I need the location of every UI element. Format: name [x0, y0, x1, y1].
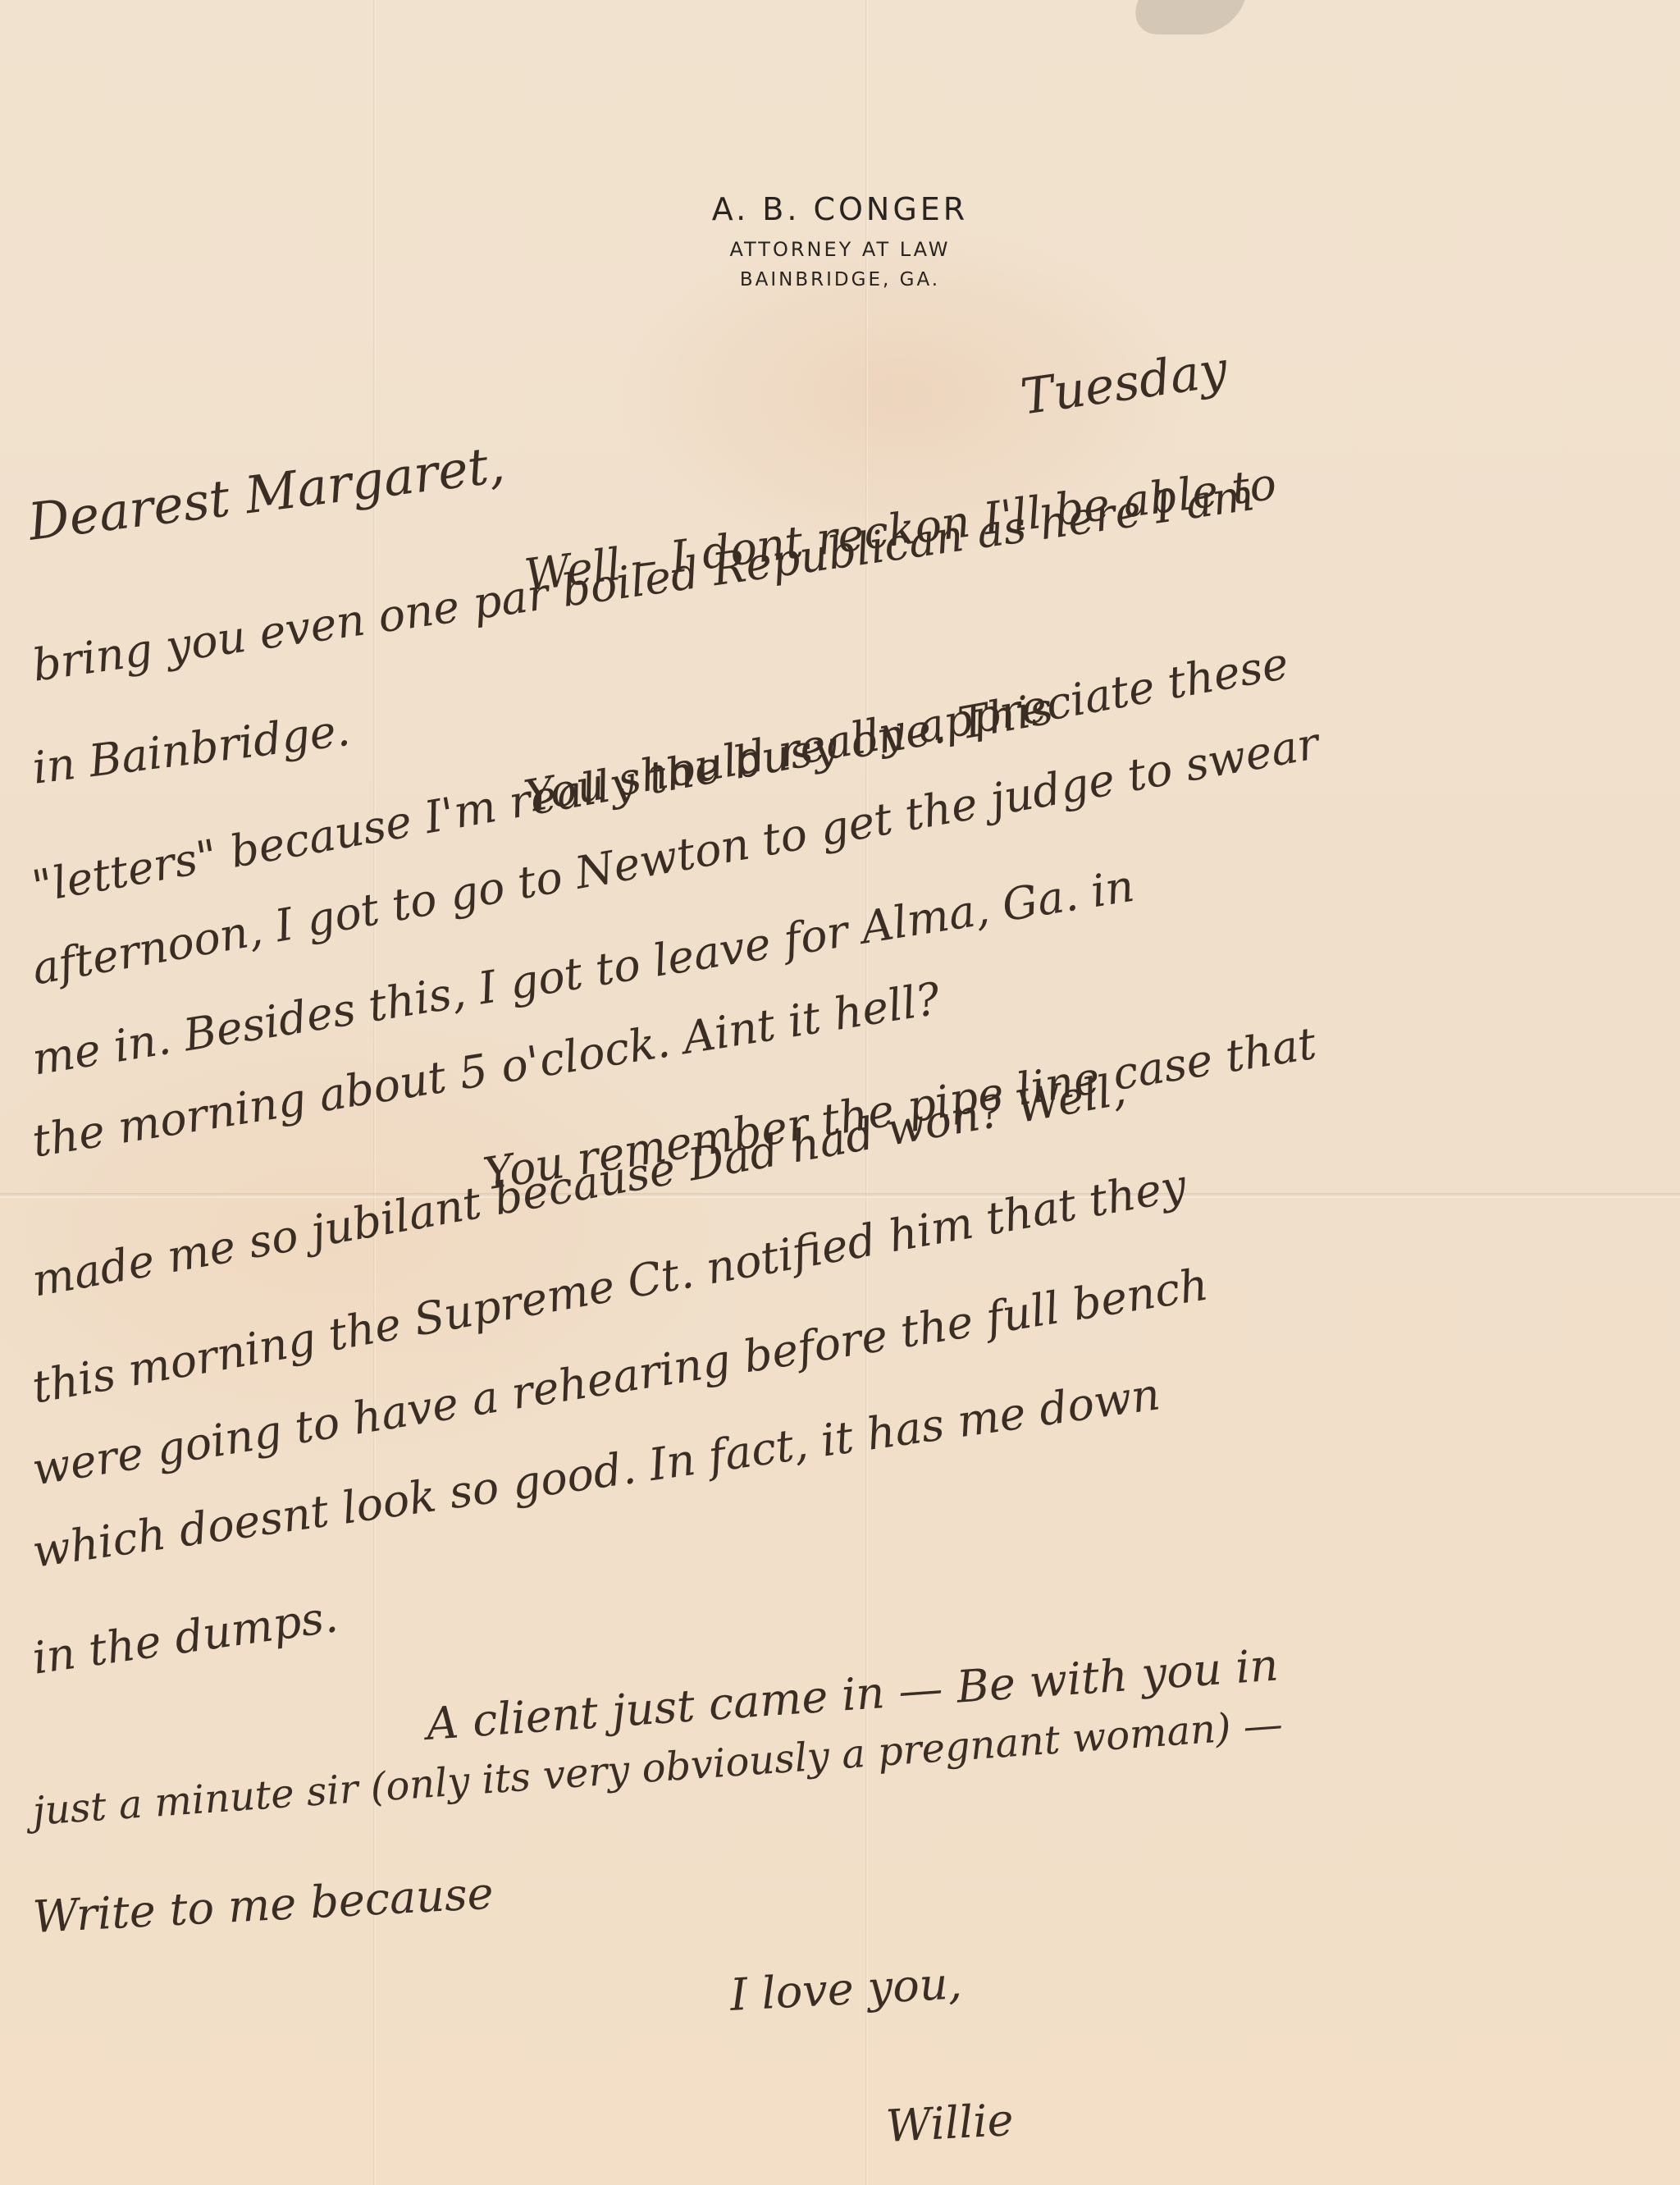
- letter-page: A. B. CONGER ATTORNEY AT LAW BAINBRIDGE,…: [0, 0, 1680, 2185]
- body-line-17: Write to me because: [31, 1867, 495, 1943]
- fold-crease-horizontal: [0, 1193, 1680, 1198]
- letterhead-name: A. B. CONGER: [0, 191, 1680, 227]
- body-line-14: in the dumps.: [30, 1590, 341, 1684]
- salutation: Dearest Margaret,: [25, 434, 508, 552]
- letter-date: Tuesday: [1017, 341, 1230, 427]
- letterhead-title: ATTORNEY AT LAW: [0, 238, 1680, 261]
- closing: I love you,: [728, 1957, 963, 2021]
- signature: Willie: [884, 2094, 1015, 2152]
- envelope-tab-shadow: [1125, 0, 1244, 34]
- body-line-3: in Bainbridge.: [30, 704, 353, 794]
- letterhead-city: BAINBRIDGE, GA.: [0, 269, 1680, 290]
